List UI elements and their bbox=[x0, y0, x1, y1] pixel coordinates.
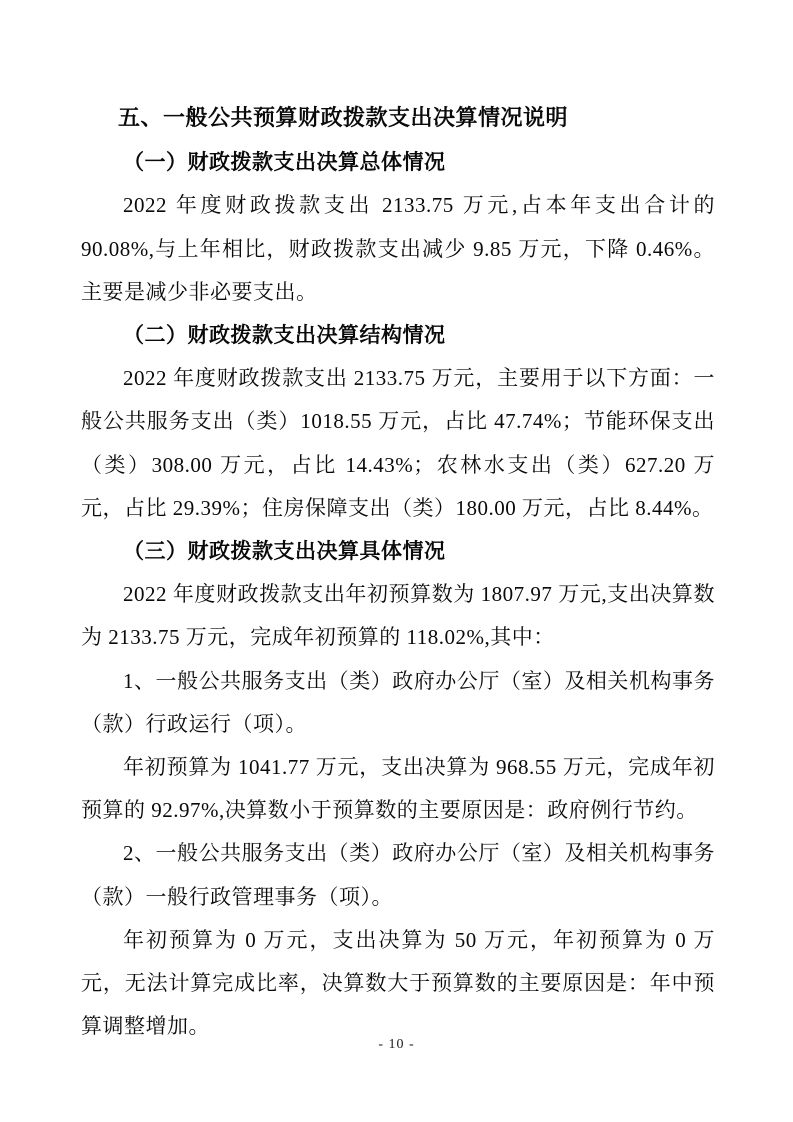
section-3-item-1: 1、一般公共服务支出（类）政府办公厅（室）及相关机构事务（款）行政运行（项）。 bbox=[81, 660, 715, 746]
section-3-paragraph-1: 2022 年度财政拨款支出年初预算数为 1807.97 万元,支出决算数为 21… bbox=[81, 573, 715, 659]
section-3-item-2-detail: 年初预算为 0 万元，支出决算为 50 万元，年初预算为 0 万元，无法计算完成… bbox=[81, 919, 715, 1049]
section-3-item-2: 2、一般公共服务支出（类）政府办公厅（室）及相关机构事务（款）一般行政管理事务（… bbox=[81, 832, 715, 918]
section-1-paragraph-1: 2022 年度财政拨款支出 2133.75 万元,占本年支出合计的 90.08%… bbox=[81, 184, 715, 314]
page-content: 五、一般公共预算财政拨款支出决算情况说明 （一）财政拨款支出决算总体情况 202… bbox=[0, 0, 793, 1048]
section-3-item-1-detail: 年初预算为 1041.77 万元，支出决算为 968.55 万元，完成年初预算的… bbox=[81, 746, 715, 832]
section-1-heading: （一）财政拨款支出决算总体情况 bbox=[81, 141, 715, 184]
document-title: 五、一般公共预算财政拨款支出决算情况说明 bbox=[81, 96, 715, 139]
section-2-paragraph-1: 2022 年度财政拨款支出 2133.75 万元，主要用于以下方面：一般公共服务… bbox=[81, 357, 715, 530]
section-3-heading: （三）财政拨款支出决算具体情况 bbox=[81, 530, 715, 573]
section-2-heading: （二）财政拨款支出决算结构情况 bbox=[81, 314, 715, 357]
document-page: 五、一般公共预算财政拨款支出决算情况说明 （一）财政拨款支出决算总体情况 202… bbox=[0, 0, 793, 1122]
page-number: - 10 - bbox=[0, 1038, 793, 1052]
